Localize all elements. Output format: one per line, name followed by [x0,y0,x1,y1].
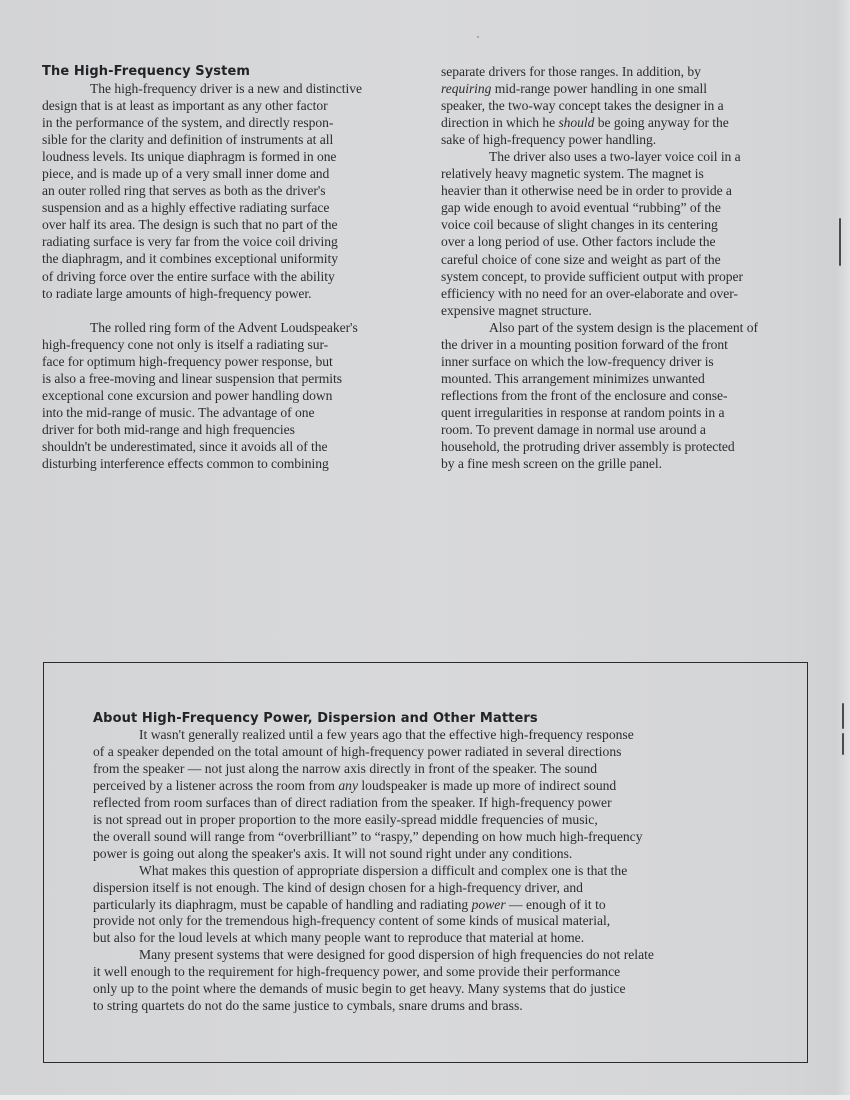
text-fragment: mid-range power handling in one small [491,81,707,96]
text-line: room. To prevent damage in normal use ar… [441,421,811,438]
text-line: over half its area. The design is such t… [42,216,412,233]
text-line: Also part of the system design is the pl… [441,319,811,336]
text-line: Many present systems that were designed … [93,947,783,964]
text-line: mounted. This arrangement minimizes unwa… [441,370,811,387]
text-fragment: particularly its diaphragm, must be capa… [93,897,472,912]
speck-mark [477,36,479,38]
text-line: dispersion itself is not enough. The kin… [93,880,783,897]
text-line: from the speaker — not just along the na… [93,761,783,778]
text-line: to string quartets do not do the same ju… [93,998,783,1015]
page-bottom-edge [0,1095,850,1100]
text-line: of driving force over the entire surface… [42,268,412,285]
binding-mark-lower-a [842,703,844,729]
text-line: It wasn't generally realized until a few… [93,727,783,744]
text-line: expensive magnet structure. [441,302,811,319]
text-line: sible for the clarity and definition of … [42,131,412,148]
text-line: separate drivers for those ranges. In ad… [441,63,811,80]
sidebar-heading: About High-Frequency Power, Dispersion a… [93,710,783,727]
text-line: shouldn't be underestimated, since it av… [42,438,412,455]
right-column: separate drivers for those ranges. In ad… [441,63,811,472]
text-line: The driver also uses a two-layer voice c… [441,148,811,165]
text-line: careful choice of cone size and weight a… [441,251,811,268]
text-line: What makes this question of appropriate … [93,863,783,880]
text-line: the overall sound will range from “overb… [93,829,783,846]
text-line: reflections from the front of the enclos… [441,387,811,404]
italic-word: power [472,897,506,912]
text-line: direction in which he should be going an… [441,114,811,131]
text-line: reflected from room surfaces than of dir… [93,795,783,812]
text-line: speaker, the two-way concept takes the d… [441,97,811,114]
text-line: disturbing interference effects common t… [42,455,412,472]
text-line: relatively heavy magnetic system. The ma… [441,165,811,182]
text-line: into the mid-range of music. The advanta… [42,404,412,421]
text-line: provide not only for the tremendous high… [93,913,783,930]
sidebar-paragraph-2: What makes this question of appropriate … [93,863,783,948]
left-paragraph-2: The rolled ring form of the Advent Louds… [42,319,412,472]
binding-mark-lower-b [842,733,844,755]
text-line: the driver in a mounting position forwar… [441,336,811,353]
text-fragment: — enough of it to [506,897,606,912]
text-line: the diaphragm, and it combines exception… [42,250,412,267]
text-fragment: perceived by a listener across the room … [93,778,338,793]
text-line: is also a free-moving and linear suspens… [42,370,412,387]
sidebar-paragraph-1: It wasn't generally realized until a few… [93,727,783,863]
text-fragment: direction in which he [441,115,558,130]
text-line: in the performance of the system, and di… [42,114,412,131]
text-line: system concept, to provide sufficient ou… [441,268,811,285]
left-paragraph-1: The high-frequency driver is a new and d… [42,80,412,302]
text-line: over a long period of use. Other factors… [441,233,811,250]
text-line: is not spread out in proper proportion t… [93,812,783,829]
page-edge-shadow [836,0,850,1100]
text-line: The rolled ring form of the Advent Louds… [42,319,412,336]
right-paragraph-3: Also part of the system design is the pl… [441,319,811,472]
text-line: driver for both mid-range and high frequ… [42,421,412,438]
left-column: The High-Frequency System The high-frequ… [42,63,412,472]
text-line: an outer rolled ring that serves as both… [42,182,412,199]
text-line: gap wide enough to avoid eventual “rubbi… [441,199,811,216]
sidebar-box-content: About High-Frequency Power, Dispersion a… [93,710,783,1015]
text-line: inner surface on which the low-frequency… [441,353,811,370]
text-line: only up to the point where the demands o… [93,981,783,998]
right-paragraph-2: The driver also uses a two-layer voice c… [441,148,811,318]
text-line: by a fine mesh screen on the grille pane… [441,455,811,472]
text-fragment: loudspeaker is made up more of indirect … [358,778,616,793]
text-line: but also for the loud levels at which ma… [93,930,783,947]
text-fragment: be going anyway for the [594,115,728,130]
text-line: household, the protruding driver assembl… [441,438,811,455]
paragraph-spacer [42,302,412,319]
italic-word: should [558,115,594,130]
text-line: piece, and is made up of a very small in… [42,165,412,182]
italic-word: requiring [441,81,491,96]
text-line: efficiency with no need for an over-elab… [441,285,811,302]
text-line: quent irregularities in response at rand… [441,404,811,421]
sidebar-paragraph-3: Many present systems that were designed … [93,947,783,1015]
text-line: loudness levels. Its unique diaphragm is… [42,148,412,165]
right-paragraph-1: separate drivers for those ranges. In ad… [441,63,811,148]
text-line: face for optimum high-frequency power re… [42,353,412,370]
text-line: exceptional cone excursion and power han… [42,387,412,404]
text-line: of a speaker depended on the total amoun… [93,744,783,761]
text-line: radiating surface is very far from the v… [42,233,412,250]
text-line: voice coil because of slight changes in … [441,216,811,233]
italic-word: any [338,778,358,793]
text-line: particularly its diaphragm, must be capa… [93,897,783,914]
text-line: design that is at least as important as … [42,97,412,114]
text-line: perceived by a listener across the room … [93,778,783,795]
text-line: high-frequency cone not only is itself a… [42,336,412,353]
text-line: to radiate large amounts of high-frequen… [42,285,412,302]
text-line: heavier than it otherwise need be in ord… [441,182,811,199]
text-line: it well enough to the requirement for hi… [93,964,783,981]
text-line: requiring mid-range power handling in on… [441,80,811,97]
section-heading-high-frequency-system: The High-Frequency System [42,63,412,80]
text-line: sake of high-frequency power handling. [441,131,811,148]
binding-mark-upper [839,218,841,266]
text-line: The high-frequency driver is a new and d… [42,80,412,97]
text-line: suspension and as a highly effective rad… [42,199,412,216]
text-line: power is going out along the speaker's a… [93,846,783,863]
